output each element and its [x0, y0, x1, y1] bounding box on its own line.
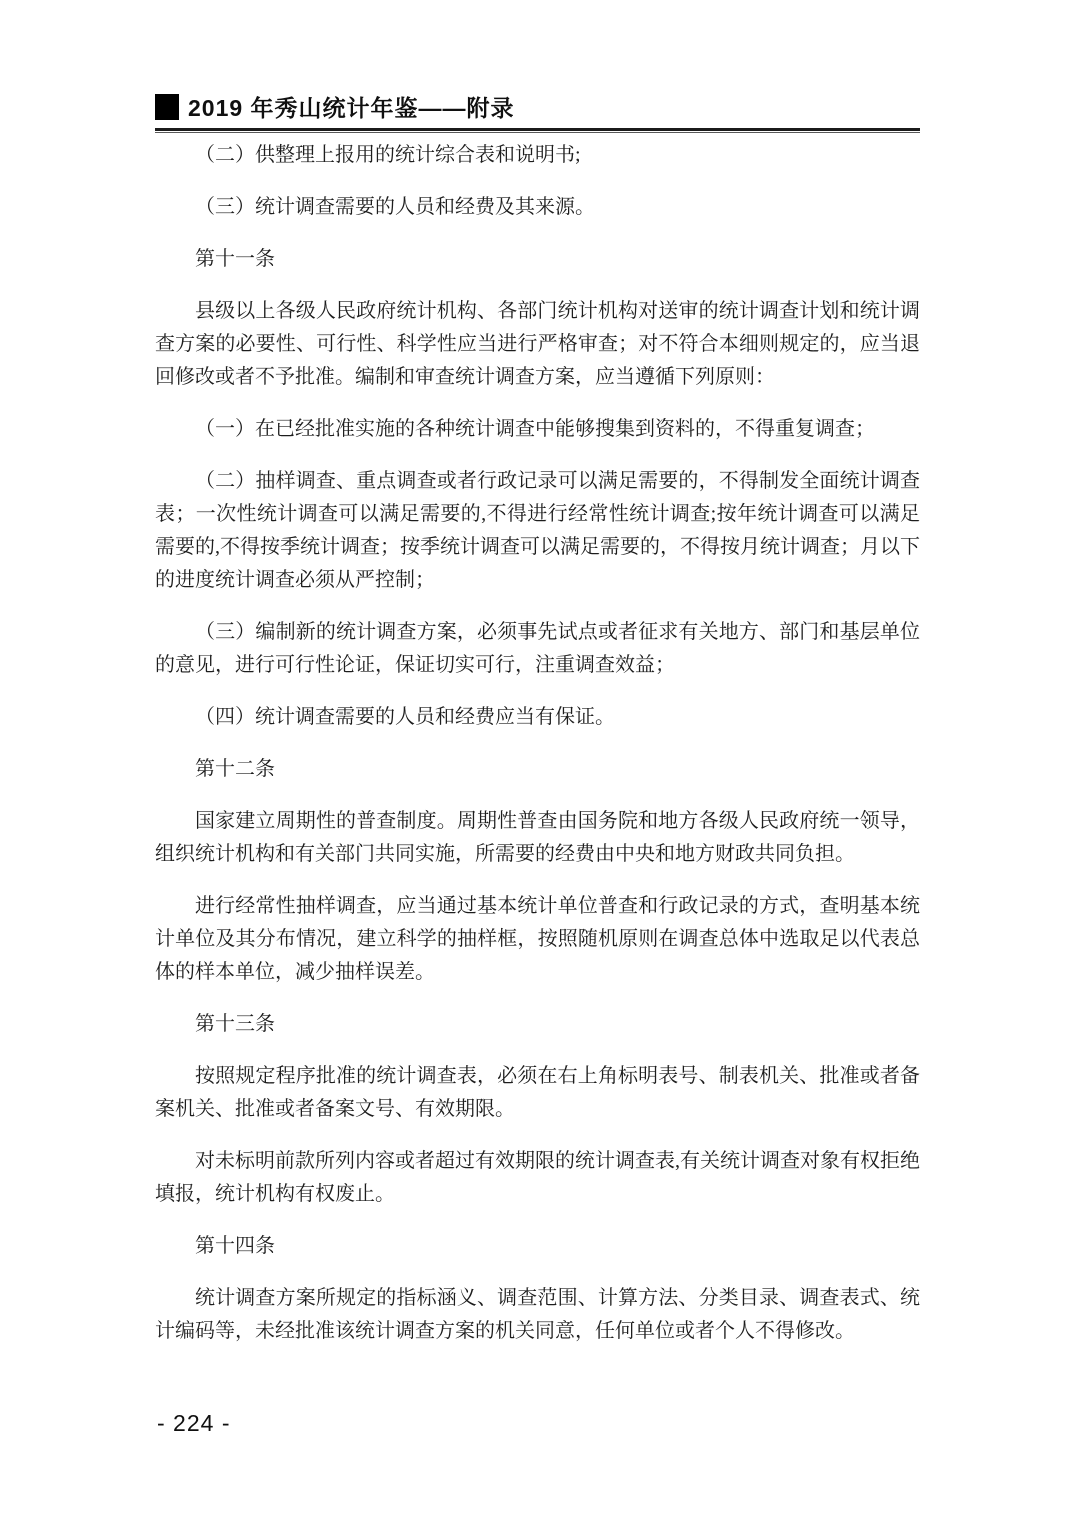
- header-title: 2019 年秀山统计年鉴——附录: [188, 90, 515, 123]
- document-body: （二）供整理上报用的统计综合表和说明书; （三）统计调查需要的人员和经费及其来源…: [155, 139, 920, 1367]
- list-item: （三）统计调查需要的人员和经费及其来源。: [155, 191, 920, 224]
- body-paragraph: 按照规定程序批准的统计调查表，必须在右上角标明表号、制表机关、批准或者备案机关、…: [155, 1060, 920, 1126]
- body-paragraph: 进行经常性抽样调查，应当通过基本统计单位普查和行政记录的方式，查明基本统计单位及…: [155, 890, 920, 989]
- page-header: 2019 年秀山统计年鉴——附录: [155, 90, 920, 131]
- body-paragraph: 统计调查方案所规定的指标涵义、调查范围、计算方法、分类目录、调查表式、统计编码等…: [155, 1282, 920, 1348]
- body-paragraph: 国家建立周期性的普查制度。周期性普查由国务院和地方各级人民政府统一领导，组织统计…: [155, 805, 920, 871]
- body-paragraph: 县级以上各级人民政府统计机构、各部门统计机构对送审的统计调查计划和统计调查方案的…: [155, 295, 920, 394]
- article-heading: 第十三条: [155, 1008, 920, 1041]
- list-item: （一）在已经批准实施的各种统计调查中能够搜集到资料的，不得重复调查；: [155, 413, 920, 446]
- header-square-icon: [155, 94, 179, 120]
- article-heading: 第十一条: [155, 243, 920, 276]
- body-paragraph: 对未标明前款所列内容或者超过有效期限的统计调查表,有关统计调查对象有权拒绝填报，…: [155, 1145, 920, 1211]
- list-item: （二）供整理上报用的统计综合表和说明书;: [155, 139, 920, 172]
- list-item: （四）统计调查需要的人员和经费应当有保证。: [155, 701, 920, 734]
- article-heading: 第十四条: [155, 1230, 920, 1263]
- list-item: （二）抽样调查、重点调查或者行政记录可以满足需要的，不得制发全面统计调查表；一次…: [155, 465, 920, 597]
- article-heading: 第十二条: [155, 753, 920, 786]
- list-item: （三）编制新的统计调查方案，必须事先试点或者征求有关地方、部门和基层单位的意见，…: [155, 616, 920, 682]
- page-number: - 224 -: [157, 1410, 230, 1437]
- header-rule: [155, 128, 920, 131]
- document-page: 2019 年秀山统计年鉴——附录 （二）供整理上报用的统计综合表和说明书; （三…: [0, 0, 1074, 1520]
